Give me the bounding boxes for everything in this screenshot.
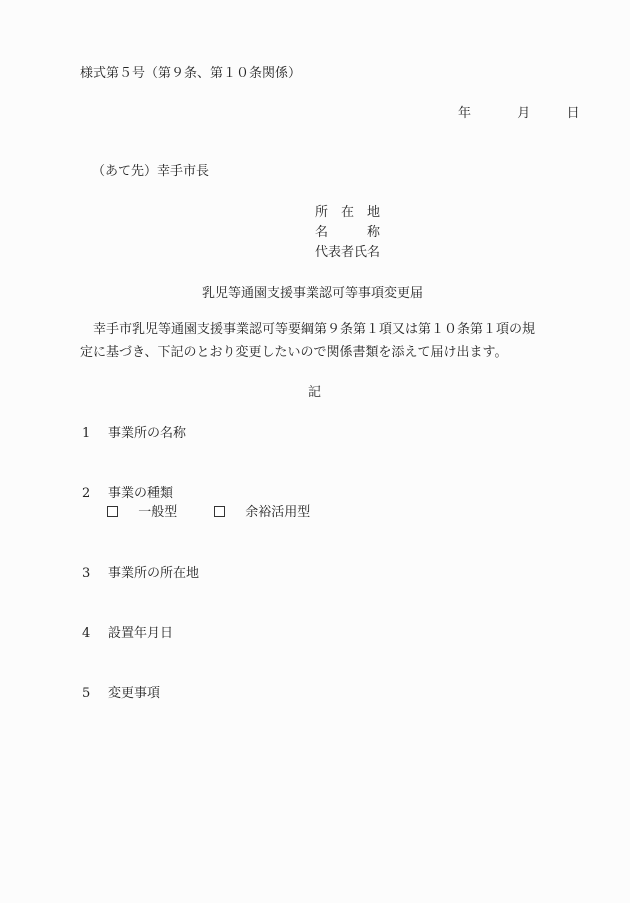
item-number: 2 xyxy=(82,486,108,502)
item-label: 変更事項 xyxy=(108,686,160,701)
body-line-2: 定に基づき、下記のとおり変更したいので関係書類を添えて届け出ます。 xyxy=(80,341,555,364)
body-line-1: 幸手市乳児等通園支援事業認可等要綱第９条第１項又は第１０条第１項の規 xyxy=(80,318,555,341)
date-line: 年 月 日 xyxy=(458,106,580,122)
ki-heading: 記 xyxy=(308,385,321,401)
item-business-type: 2事業の種類 xyxy=(82,486,173,502)
name-label: 名 称 xyxy=(315,225,380,241)
month-label: 月 xyxy=(517,106,530,122)
item-business-address: 3事業所の所在地 xyxy=(82,566,199,582)
checkbox-general[interactable] xyxy=(107,506,118,517)
address-label: 所 在 地 xyxy=(315,205,380,221)
document-title: 乳児等通園支援事業認可等事項変更届 xyxy=(202,286,423,302)
business-type-option-surplus[interactable]: 余裕活用型 xyxy=(214,505,310,521)
addressee: （あて先）幸手市長 xyxy=(92,164,209,180)
item-label: 設置年月日 xyxy=(108,626,173,641)
item-business-name: 1事業所の名称 xyxy=(82,426,186,442)
item-changes: 5変更事項 xyxy=(82,686,160,702)
form-number: 様式第５号（第９条、第１０条関係） xyxy=(80,66,301,82)
item-label: 事業の種類 xyxy=(108,486,173,501)
option-label: 余裕活用型 xyxy=(245,505,310,520)
item-label: 事業所の名称 xyxy=(108,426,186,441)
item-number: 5 xyxy=(82,686,108,702)
option-label: 一般型 xyxy=(138,505,177,520)
item-label: 事業所の所在地 xyxy=(108,566,199,581)
year-label: 年 xyxy=(458,106,471,122)
business-type-option-general[interactable]: 一般型 xyxy=(107,505,177,521)
item-number: 3 xyxy=(82,566,108,582)
item-establishment-date: 4設置年月日 xyxy=(82,626,173,642)
representative-label: 代表者氏名 xyxy=(315,245,380,261)
body-paragraph: 幸手市乳児等通園支援事業認可等要綱第９条第１項又は第１０条第１項の規 定に基づき… xyxy=(80,318,555,364)
day-label: 日 xyxy=(567,106,580,122)
checkbox-surplus[interactable] xyxy=(214,506,225,517)
item-number: 1 xyxy=(82,426,108,442)
item-number: 4 xyxy=(82,626,108,642)
